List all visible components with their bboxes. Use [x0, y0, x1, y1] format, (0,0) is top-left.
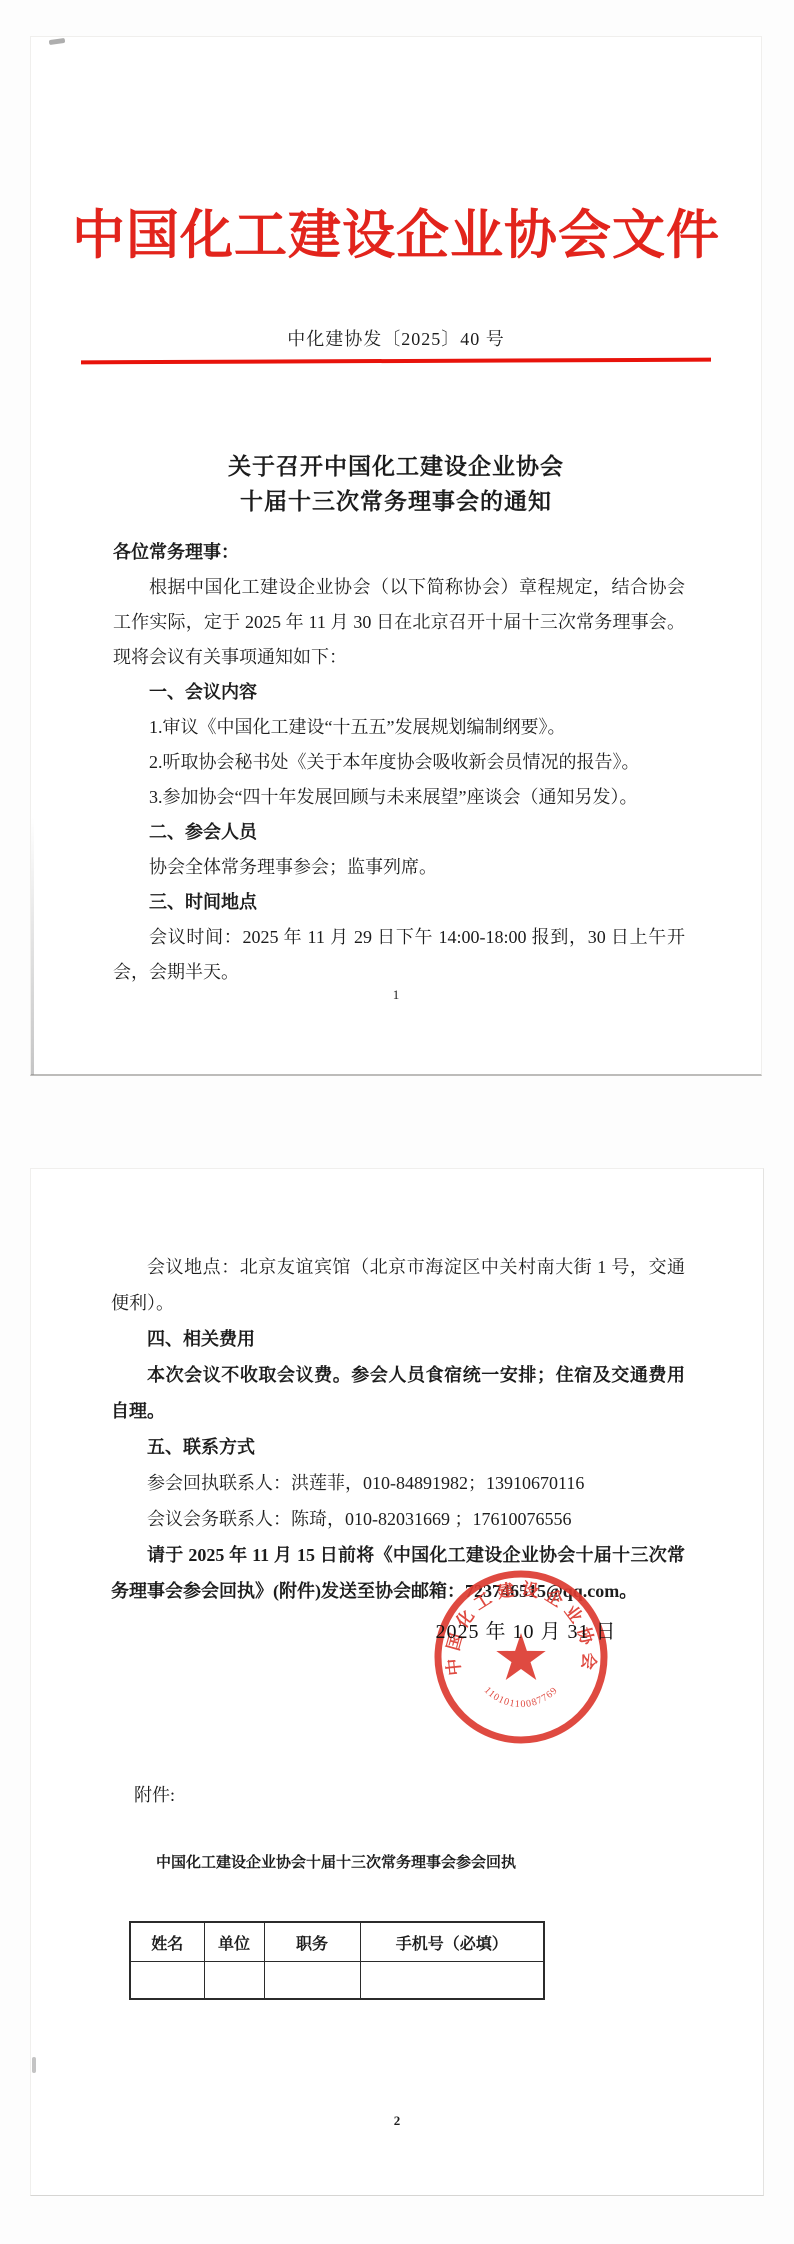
attendees-line: 协会全体常务理事参会；监事列席。 [113, 850, 685, 885]
contact-admin-line: 会议会务联系人：陈琦，010-82031669 ；17610076556 [111, 1501, 685, 1537]
header-mobile: 手机号（必填） [360, 1922, 544, 1962]
red-divider-rule [81, 358, 711, 365]
scan-edge-shadow [31, 817, 34, 1075]
attachment-label: 附件: [134, 1781, 175, 1807]
page-2: 会议地点：北京友谊宾馆（北京市海淀区中关村南大街 1 号，交通便利）。 四、相关… [30, 1168, 764, 2196]
issue-date: 2025 年 10 月 31 日 [431, 1615, 621, 1644]
venue-line: 会议地点：北京友谊宾馆（北京市海淀区中关村南大街 1 号，交通便利）。 [111, 1249, 685, 1321]
section-2-heading: 二、参会人员 [113, 815, 685, 850]
section-1-heading: 一、会议内容 [113, 675, 685, 710]
fees-paragraph: 本次会议不收取会议费。参会人员食宿统一安排；住宿及交通费用自理。 [111, 1357, 685, 1429]
table-header-row: 姓名 单位 职务 手机号（必填） [130, 1922, 544, 1962]
agenda-item-1: 1.审议《中国化工建设“十五五”发展规划编制纲要》。 [113, 710, 685, 745]
letterhead-title: 中国化工建设企业协会文件 [31, 205, 761, 267]
page-number: 1 [31, 987, 761, 1003]
attachment-title: 中国化工建设企业协会十届十三次常务理事会参会回执 [129, 1851, 543, 1872]
cell-unit [204, 1962, 264, 2000]
seal-registration-number: 11010110087769 [482, 1685, 561, 1710]
cell-name [130, 1962, 204, 2000]
notice-title: 关于召开中国化工建设企业协会 十届十三次常务理事会的通知 [31, 449, 761, 519]
contact-reply-line: 参会回执联系人：洪莲菲，010-84891982；13910670116 [111, 1465, 685, 1501]
document-number: 中化建协发〔2025〕40 号 [31, 325, 761, 351]
reply-slip-table: 姓名 单位 职务 手机号（必填） [129, 1921, 545, 2000]
cell-title [264, 1962, 360, 2000]
agenda-item-2: 2.听取协会秘书处《关于本年度协会吸收新会员情况的报告》。 [113, 745, 685, 780]
section-4-heading: 四、相关费用 [111, 1321, 685, 1357]
table-row [130, 1962, 544, 2000]
svg-text:11010110087769: 11010110087769 [482, 1685, 561, 1710]
scan-artifact [49, 38, 66, 45]
cell-mobile [360, 1962, 544, 2000]
page-number: 2 [31, 2113, 763, 2129]
scan-artifact [32, 2057, 36, 2073]
meeting-time-line: 会议时间：2025 年 11 月 29 日下午 14:00-18:00 报到，3… [113, 920, 685, 990]
section-5-heading: 五、联系方式 [111, 1429, 685, 1465]
header-name: 姓名 [130, 1922, 204, 1962]
notice-title-line1: 关于召开中国化工建设企业协会 [31, 449, 761, 484]
section-3-heading: 三、时间地点 [113, 885, 685, 920]
header-unit: 单位 [204, 1922, 264, 1962]
header-title: 职务 [264, 1922, 360, 1962]
notice-title-line2: 十届十三次常务理事会的通知 [31, 484, 761, 519]
page-1: 中国化工建设企业协会文件 中化建协发〔2025〕40 号 关于召开中国化工建设企… [30, 36, 762, 1076]
intro-paragraph: 根据中国化工建设企业协会（以下简称协会）章程规定，结合协会工作实际，定于 202… [113, 570, 685, 675]
salutation: 各位常务理事： [113, 535, 685, 570]
page2-body: 会议地点：北京友谊宾馆（北京市海淀区中关村南大街 1 号，交通便利）。 四、相关… [111, 1249, 685, 1609]
page1-body: 各位常务理事： 根据中国化工建设企业协会（以下简称协会）章程规定，结合协会工作实… [113, 535, 685, 990]
official-seal: 中国化工建设企业协会 11010110087769 [431, 1567, 611, 1747]
agenda-item-3: 3.参加协会“四十年发展回顾与未来展望”座谈会（通知另发）。 [113, 780, 685, 815]
